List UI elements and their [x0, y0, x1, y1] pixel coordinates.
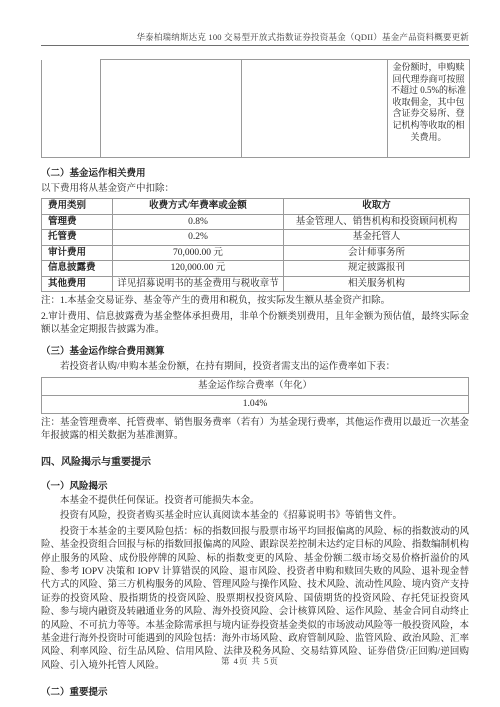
fee-header-category: 费用类别: [42, 199, 113, 215]
fee-row-other: 其他费用 详见招募说明书的基金费用与税收章节 相关服务机构: [42, 276, 470, 292]
continuation-table: 金份额时，申购赎回代理券商可按照不超过 0.5%的标准收取佣金，其中包含证券交易…: [41, 59, 470, 158]
rate-table-title: 基金运作综合费率（年化）: [42, 378, 469, 396]
rate-header-row: 基金运作综合费率（年化）: [42, 378, 469, 396]
fee-row-recipient: 相关服务机构: [284, 276, 470, 292]
document-page: 华泰柏瑞纳斯达克 100 交易型开放式指数证券投资基金（QDII）基金产品资料概…: [0, 0, 500, 707]
fee-row-recipient: 基金托管人: [284, 230, 470, 246]
page-footer: 第 4页 共 5页: [0, 655, 500, 667]
fee-row-rate: 详见招募说明书的基金费用与税收章节: [113, 276, 284, 292]
continuation-cell-1: [42, 60, 101, 158]
continuation-cell-fee-text: 金份额时，申购赎回代理券商可按照不超过 0.5%的标准收取佣金，其中包含证券交易…: [388, 60, 470, 158]
continuation-cell-2: [101, 60, 242, 158]
subsection-heading-important-notice: （二）重要提示: [41, 687, 469, 699]
fee-table: 费用类别 收费方式/年费率或金额 收取方 管理费 0.8% 基金管理人、销售机构…: [41, 198, 470, 292]
subsection-heading-risk-disclosure: （一）风险揭示: [41, 481, 469, 493]
fee-row-rate: 120,000.00 元: [113, 261, 284, 277]
comprehensive-rate-table: 基金运作综合费率（年化） 1.04%: [41, 377, 469, 414]
fee-row-rate: 0.2%: [113, 230, 284, 246]
fee-intro: 以下费用将从基金资产中扣除：: [41, 183, 469, 195]
risk-paragraph-read-docs: 投资有风险，投资者购买基金时应认真阅读本基金的《招募说明书》等销售文件。: [41, 510, 469, 523]
rate-value: 1.04%: [42, 396, 469, 414]
fee-row-rate: 0.8%: [113, 214, 284, 230]
fee-row-recipient: 会计师事务所: [284, 245, 470, 261]
fee-row-disclosure: 信息披露费 120,000.00 元 规定披露报刊: [42, 261, 470, 277]
continuation-row: 金份额时，申购赎回代理券商可按照不超过 0.5%的标准收取佣金，其中包含证券交易…: [42, 60, 470, 158]
document-header: 华泰柏瑞纳斯达克 100 交易型开放式指数证券投资基金（QDII）基金产品资料概…: [41, 33, 469, 46]
fee-row-custody: 托管费 0.2% 基金托管人: [42, 230, 470, 246]
fee-table-header-row: 费用类别 收费方式/年费率或金额 收取方: [42, 199, 470, 215]
fee-row-label: 托管费: [42, 230, 113, 246]
fee-row-label: 其他费用: [42, 276, 113, 292]
section-heading-comprehensive-fee: （三）基金运作综合费用测算: [41, 346, 469, 358]
fee-header-method: 收费方式/年费率或金额: [113, 199, 284, 215]
fee-row-audit: 审计费用 70,000.00 元 会计师事务所: [42, 245, 470, 261]
fee-row-recipient: 基金管理人、销售机构和投资顾问机构: [284, 214, 470, 230]
risk-paragraph-main-risks: 投资于本基金的主要风险包括：标的指数回报与股票市场平均回报偏离的风险、标的指数波…: [41, 526, 469, 673]
fee-note-2: 2.审计费用、信息披露费为基金整体承担费用，非单个份额类别费用，且年金额为预估值…: [41, 311, 469, 337]
rate-note: 注：基金管理费率、托管费率、销售服务费率（若有）为基金现行费率，其他运作费用以最…: [41, 417, 469, 443]
comprehensive-fee-intro: 若投资者认购/申购本基金份额，在持有期间，投资者需支出的运作费率如下表：: [41, 361, 469, 373]
continuation-cell-3: [242, 60, 388, 158]
fee-row-label: 审计费用: [42, 245, 113, 261]
fee-note-1: 注：1.本基金交易证券、基金等产生的费用和税负，按实际发生额从基金资产扣除。: [41, 295, 469, 308]
page-title: 华泰柏瑞纳斯达克 100 交易型开放式指数证券投资基金（QDII）基金产品资料概…: [41, 33, 469, 42]
rate-value-row: 1.04%: [42, 396, 469, 414]
fee-row-rate: 70,000.00 元: [113, 245, 284, 261]
section-heading-fund-operation-fees: （二）基金运作相关费用: [41, 168, 469, 180]
risk-paragraph-guarantee: 本基金不提供任何保证。投资者可能损失本金。: [41, 495, 469, 508]
fee-row-label: 信息披露费: [42, 261, 113, 277]
section-heading-risk-and-notices: 四、风险揭示与重要提示: [41, 456, 469, 469]
fee-row-management: 管理费 0.8% 基金管理人、销售机构和投资顾问机构: [42, 214, 470, 230]
fee-row-label: 管理费: [42, 214, 113, 230]
fee-row-recipient: 规定披露报刊: [284, 261, 470, 277]
fee-header-recipient: 收取方: [284, 199, 470, 215]
